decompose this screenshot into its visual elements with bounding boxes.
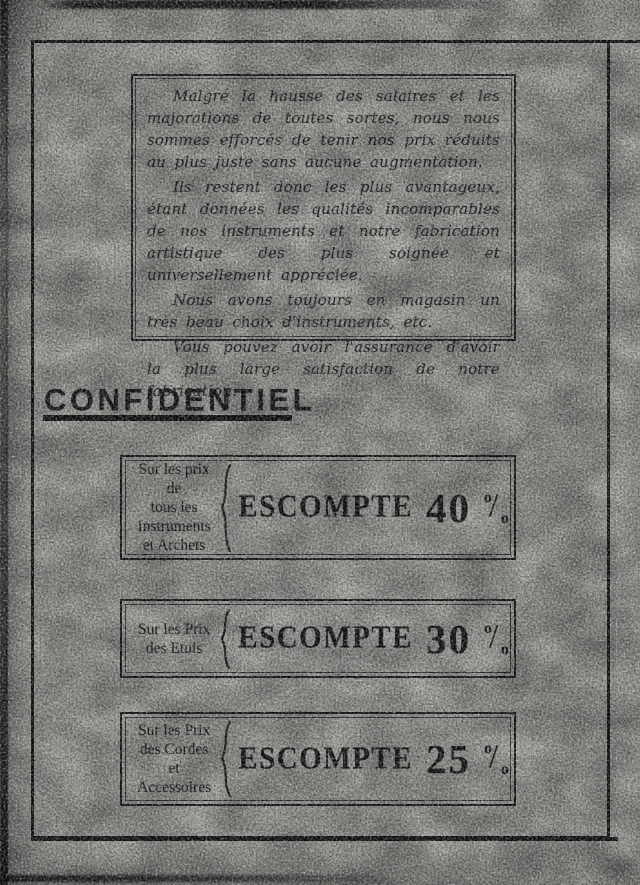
- discount-label-line: Instruments: [132, 517, 216, 536]
- intro-paragraph: Malgré la hausse des salaires et les maj…: [147, 85, 500, 173]
- frame-line-extension-bottom: [608, 837, 618, 841]
- discount-label-line: Sur les prix de: [132, 460, 216, 498]
- discount-label-line: des Etuis: [132, 639, 216, 658]
- scan-artifact-bottom-band: [0, 845, 640, 885]
- rate-value: 25: [426, 735, 471, 783]
- discount-box-instruments: Sur les prix de tous les Instruments et …: [120, 455, 516, 560]
- discount-label: Sur les prix de tous les Instruments et …: [132, 460, 216, 555]
- brace-glyph: [218, 720, 234, 798]
- percent-sign: o / o: [484, 488, 514, 528]
- discount-label-line: Sur les Prix: [132, 620, 216, 639]
- discount-label-line: et Archets: [132, 536, 216, 555]
- rate-value: 40: [426, 484, 471, 532]
- discount-rate-group: ESCOMPTE 25 o / o: [238, 735, 514, 783]
- discount-label: Sur les Prix des Cordes et Accessoires: [132, 721, 216, 797]
- scan-artifact-left-shade: [6, 0, 30, 885]
- discount-rate-group: ESCOMPTE 30 o / o: [238, 615, 514, 663]
- discount-rate-group: ESCOMPTE 40 o / o: [238, 484, 514, 532]
- heading-underline: [43, 415, 292, 421]
- discount-label-line: Sur les Prix: [132, 721, 216, 740]
- scan-artifact-left-edge: [0, 0, 8, 885]
- discount-box-etuis: Sur les Prix des Etuis ESCOMPTE 30 o / o: [120, 599, 516, 678]
- brace-glyph: [218, 463, 234, 553]
- percent-sign: o / o: [484, 619, 514, 659]
- intro-paragraph: Nous avons toujours en magasin un très b…: [147, 289, 500, 333]
- percent-sign: o / o: [484, 739, 514, 779]
- scan-artifact-top-edge: [38, 0, 543, 9]
- rate-value: 30: [426, 615, 471, 663]
- intro-text-box: Malgré la hausse des salaires et les maj…: [131, 74, 516, 341]
- discount-label-line: et Accessoires: [132, 759, 216, 797]
- discount-label-line: des Cordes: [132, 740, 216, 759]
- confidentiel-heading: CONFIDENTIEL: [44, 381, 315, 418]
- escompte-word: ESCOMPTE: [238, 490, 413, 526]
- discount-label-line: tous les: [132, 498, 216, 517]
- escompte-word: ESCOMPTE: [238, 741, 413, 777]
- scan-artifact-bottom-streak: [0, 875, 410, 882]
- discount-label: Sur les Prix des Etuis: [132, 620, 216, 658]
- intro-paragraph: Ils restent donc les plus avantageux, ét…: [147, 176, 500, 286]
- scanned-document-page: Malgré la hausse des salaires et les maj…: [0, 0, 640, 885]
- brace-glyph: [218, 608, 234, 670]
- scan-artifact-bottom-right-blotch: [596, 852, 640, 885]
- frame-line-extension-top: [608, 40, 640, 43]
- discount-box-cordes: Sur les Prix des Cordes et Accessoires E…: [120, 712, 516, 806]
- escompte-word: ESCOMPTE: [238, 621, 413, 657]
